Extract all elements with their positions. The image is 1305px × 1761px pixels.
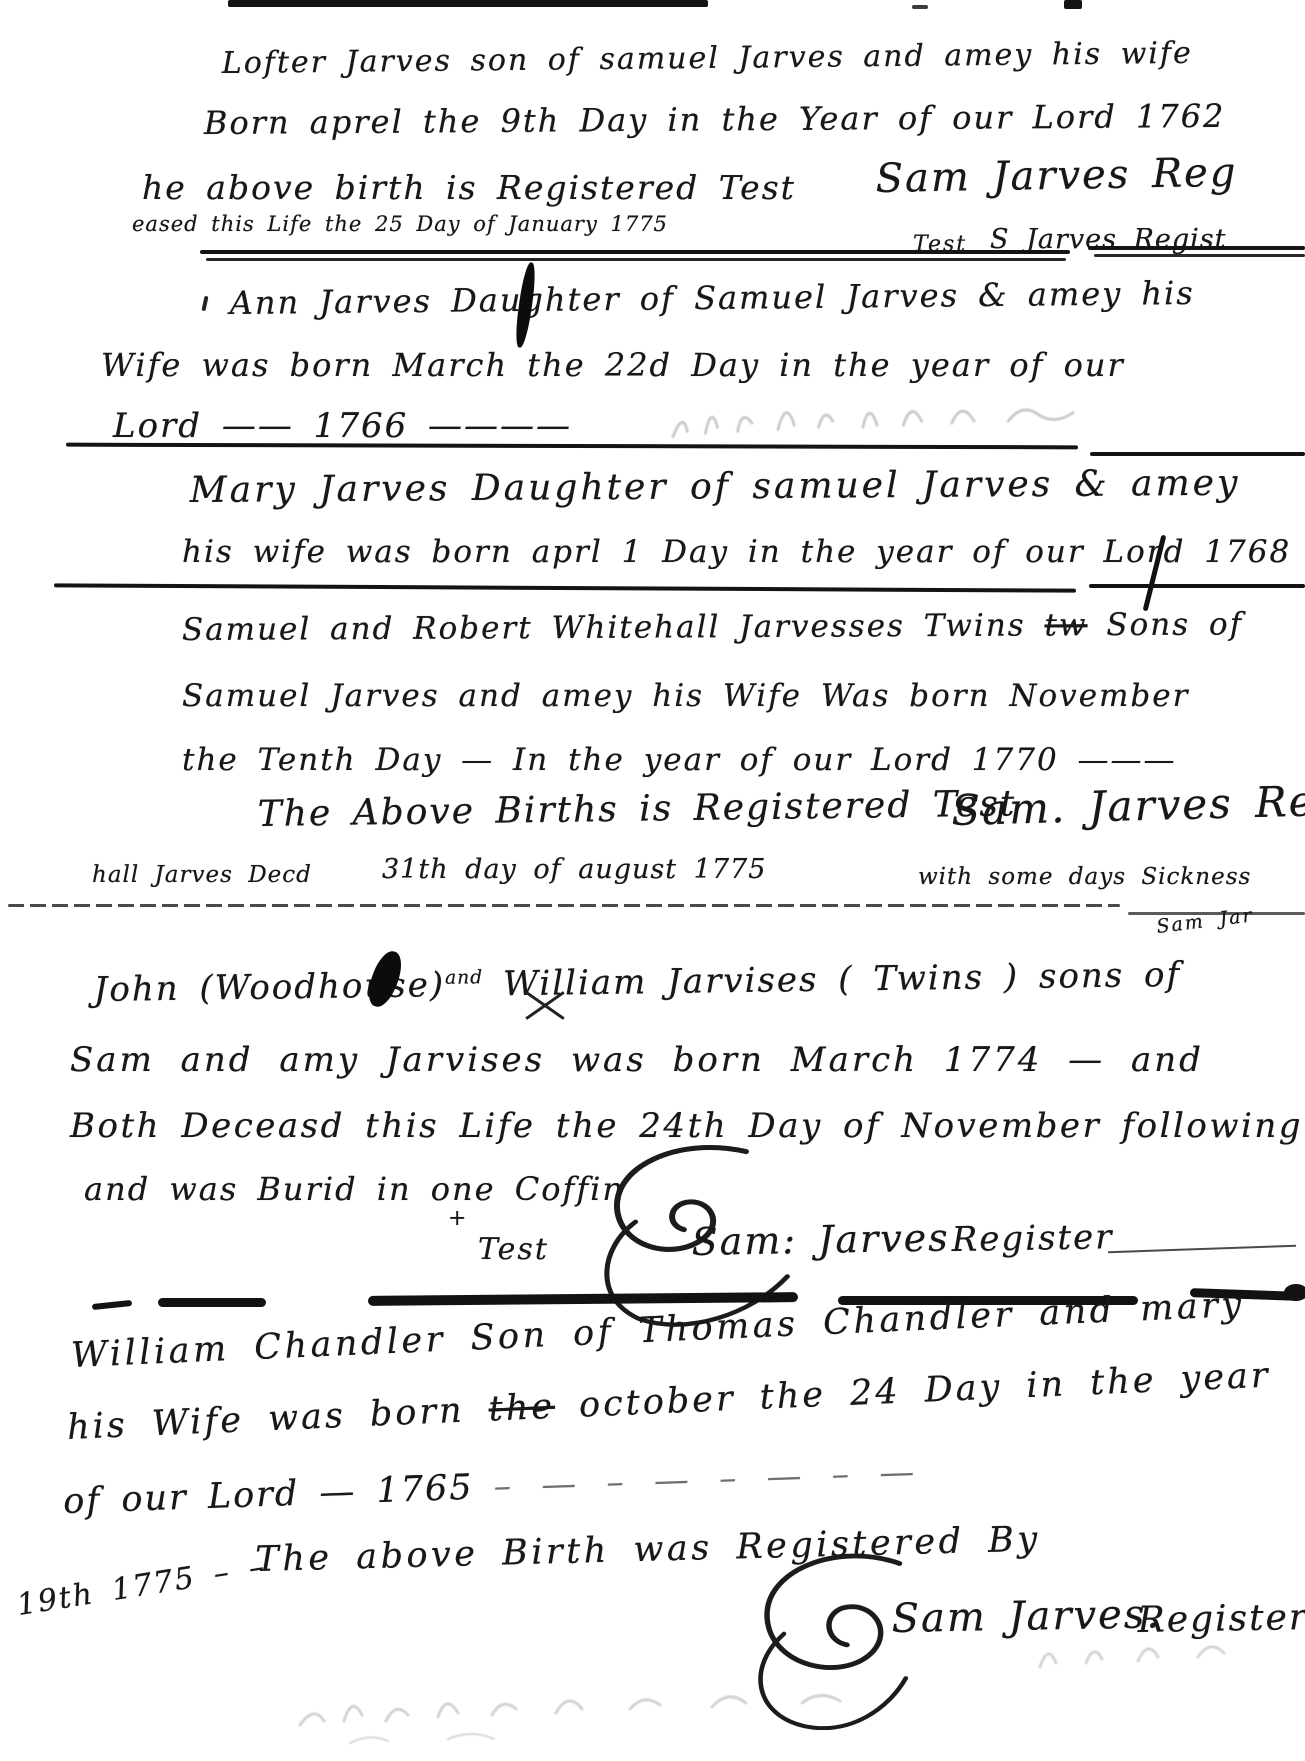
ruled-divider [1094,254,1305,257]
entry-line: Ann Jarves Daughter of Samuel Jarves & a… [230,274,1195,322]
interlined-death-note: eased this Life the 25 Day of January 17… [132,212,668,236]
entry-line: Samuel and Robert Whitehall Jarvesses Tw… [182,606,1243,648]
registrar-signature: Sam: Jarves [691,1216,950,1264]
entry-line: John (Woodhouse)and William Jarvises ( T… [93,955,1181,1010]
attestation-word: Test [478,1232,549,1267]
ink-bleed-ghost-text [290,1655,1050,1750]
plus-mark: + [448,1206,468,1231]
struck-word: tw [1044,607,1087,643]
ruled-divider [200,250,1070,254]
dash-segment [92,1300,132,1310]
entry-text: Sons of [1087,606,1243,643]
small-signature-note: Sam Jar [1155,904,1254,938]
entry-line: Wife was born March the 22d Day in the y… [101,346,1125,384]
entry-text: William Jarvises ( Twins ) sons of [483,955,1181,1005]
entry-line: the Tenth Day — In the year of our Lord … [182,742,1177,778]
interlined-sickness-note: with some days Sickness [918,864,1251,890]
entry-line: and was Burid in one Coffin [84,1170,625,1208]
top-edge-rule-fragment [1064,0,1082,9]
stray-pen-mark [201,296,208,312]
faint-ruled-divider [8,904,1120,907]
ruled-divider [1089,584,1305,588]
entry-text: october the 24 Day in the year [554,1355,1271,1426]
entry-line: Born aprel the 9th Day in the Year of ou… [204,97,1226,142]
entry-line: his wife was born aprl 1 Day in the year… [182,534,1305,570]
scanned-birth-register-page: { "page": { "paper_color": "#ffffff", "i… [0,0,1305,1761]
registrar-title: Register [951,1217,1114,1260]
entry-text: of our Lord — 1765 [63,1468,475,1522]
entry-line: Mary Jarves Daughter of samuel Jarves & … [190,463,1241,511]
entry-line: he above birth is Registered Test [142,168,796,207]
entry-line: Lofter Jarves son of samuel Jarves and a… [222,36,1193,81]
ruled-divider [206,258,1066,261]
trailing-dashes: – — – — – — – — [493,1452,921,1507]
top-edge-rule [228,0,708,7]
entry-line: Sam and amy Jarvises was born March 1774… [70,1040,1204,1080]
ruled-divider [1090,452,1305,456]
attestation-line: The Above Births is Registered Test [257,783,1016,835]
margin-date-note: 19th 1775 – – [15,1549,269,1623]
ruled-divider [54,583,1076,592]
entry-line: of our Lord — 1765 – — – — – — – — [63,1452,921,1522]
ink-bleed-ghost-signature [668,390,1173,452]
interlined-date-note: 31th day of august 1775 [382,854,766,885]
struck-word: the [488,1387,556,1430]
ink-bleed-ghost-marks [1030,1612,1300,1687]
entry-line: his Wife was born the october the 24 Day… [66,1355,1271,1448]
superscript-insertion: and [445,967,483,989]
top-edge-rule-fragment [912,5,928,9]
registrar-signature: Sam. Jarves Re [951,776,1305,835]
dash-segment [158,1298,266,1307]
ruled-divider [1088,246,1305,250]
entry-text: Samuel and Robert Whitehall Jarvesses Tw… [182,607,1045,648]
registrar-signature: Sam Jarves Reg [875,150,1238,202]
dash-end-blob [1284,1284,1305,1301]
entry-line: Samuel Jarves and amey his Wife Was born… [182,678,1189,714]
entry-text: his Wife was born [66,1390,489,1448]
signature-tail-stroke [1108,1245,1296,1254]
entry-line: Lord —— 1766 ———— [113,406,572,446]
interlined-death-note: hall Jarves Decd [92,862,312,888]
